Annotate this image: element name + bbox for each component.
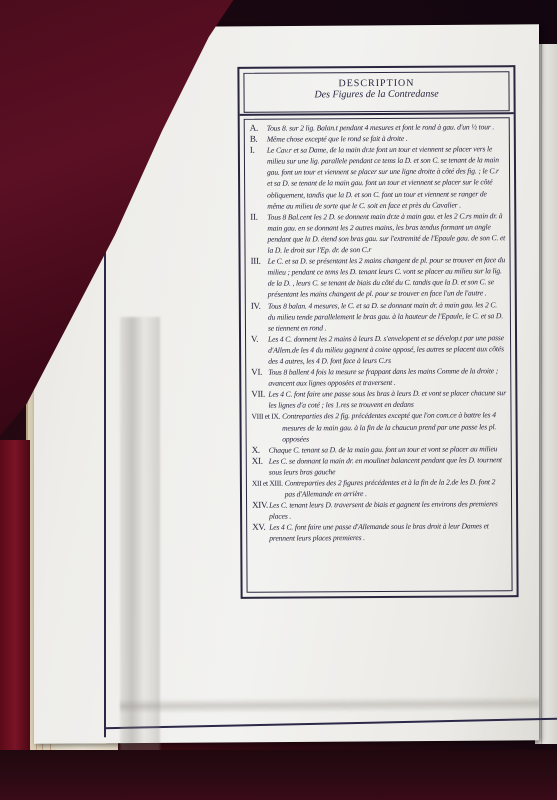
figure-entry-15: XV.Les 4 C. font faire une passe d'Allem…: [252, 521, 507, 545]
entry-number: IV.: [251, 300, 268, 333]
entry-number: VIII et IX.: [251, 411, 280, 444]
entry-text: Tous 8 ballent 4 fois la mesure se frapp…: [268, 365, 506, 389]
entry-text: Les 4 C. donnent les 2 mains à leurs D. …: [268, 332, 506, 367]
entry-number: B.: [250, 134, 267, 145]
entry-number: V.: [251, 333, 268, 366]
entry-number: II.: [250, 211, 267, 255]
entry-text: Contreparties des 2 fig. précédentes exc…: [282, 410, 507, 445]
figure-entry-5: V.Les 4 C. donnent les 2 mains à leurs D…: [251, 332, 506, 367]
figure-entry-1: I.Le Cav.r et sa Dame, de la main dr.te …: [250, 143, 505, 211]
entry-number: III.: [251, 256, 268, 300]
entry-number: XV.: [252, 522, 269, 544]
deckle-edge: [120, 317, 160, 757]
figure-entry-14: XIV.Les C. tenant leurs D. traversent de…: [252, 498, 507, 522]
figure-entry-11: XI.Les C. se donnant la main dr. en moul…: [252, 454, 507, 478]
entry-number: XIV.: [252, 500, 269, 522]
figure-entry-2: II.Tous 8 Bal.cent les 2 D. se donnent m…: [250, 210, 505, 256]
figure-entry-12-13: XII et XIII.Contreparties des 2 figures …: [252, 476, 507, 500]
entry-number: I.: [250, 145, 267, 212]
page-subtitle: Des Figures de la Contredanse: [245, 88, 509, 102]
entry-number: XI.: [252, 455, 269, 477]
title-separator: [240, 112, 514, 116]
title-box: DESCRIPTION Des Figures de la Contredans…: [243, 71, 509, 113]
figure-entry-8-9: VIII et IX.Contreparties des 2 fig. préc…: [251, 410, 506, 445]
entry-text: Les C. se donnant la main dr. en mouline…: [269, 454, 507, 478]
red-velvet-curtain-lower: [0, 440, 30, 800]
deckle-edge-bottom: [120, 696, 540, 713]
figure-entry-3: III.Le C. et sa D. se présentant les 2 m…: [251, 254, 506, 300]
entry-text: Tous 8 Bal.cent les 2 D. se donnent main…: [267, 210, 505, 256]
photo-scene: DESCRIPTION Des Figures de la Contredans…: [0, 0, 557, 800]
figure-entry-6: VI.Tous 8 ballent 4 fois la mesure se fr…: [251, 365, 506, 389]
entry-text: Les C. tenant leurs D. traversent de bia…: [269, 498, 507, 522]
entry-number: XII et XIII.: [252, 478, 283, 500]
description-frame: DESCRIPTION Des Figures de la Contredans…: [237, 65, 518, 599]
figure-entry-4: IV.Tous 8 balan. 4 mesures, le C. et sa …: [251, 299, 506, 334]
entry-text: Les 4 C. font faire une passe sous les b…: [268, 387, 506, 411]
entry-text: Les 4 C. font faire une passe d'Allemand…: [269, 521, 507, 545]
entry-number: A.: [250, 123, 267, 134]
page-fold: [541, 44, 542, 744]
entry-text: Contreparties des 2 figures précédentes …: [285, 476, 507, 500]
figure-entry-7: VII.Les 4 C. font faire une passe sous l…: [251, 387, 506, 411]
entry-number: VII.: [251, 389, 268, 411]
page-bottom-rule: [104, 718, 557, 730]
entry-text: Le C. et sa D. se présentant les 2 mains…: [268, 254, 506, 300]
figures-list: A.Tous 8. sur 2 lig. Balan.t pendant 4 m…: [244, 117, 513, 593]
dark-background: [0, 750, 557, 800]
entry-text: Tous 8 balan. 4 mesures, le C. et sa D. …: [268, 299, 506, 334]
entry-number: X.: [252, 444, 269, 455]
entry-number: VI.: [251, 367, 268, 389]
entry-text: Le Cav.r et sa Dame, de la main dr.te fo…: [267, 143, 505, 211]
